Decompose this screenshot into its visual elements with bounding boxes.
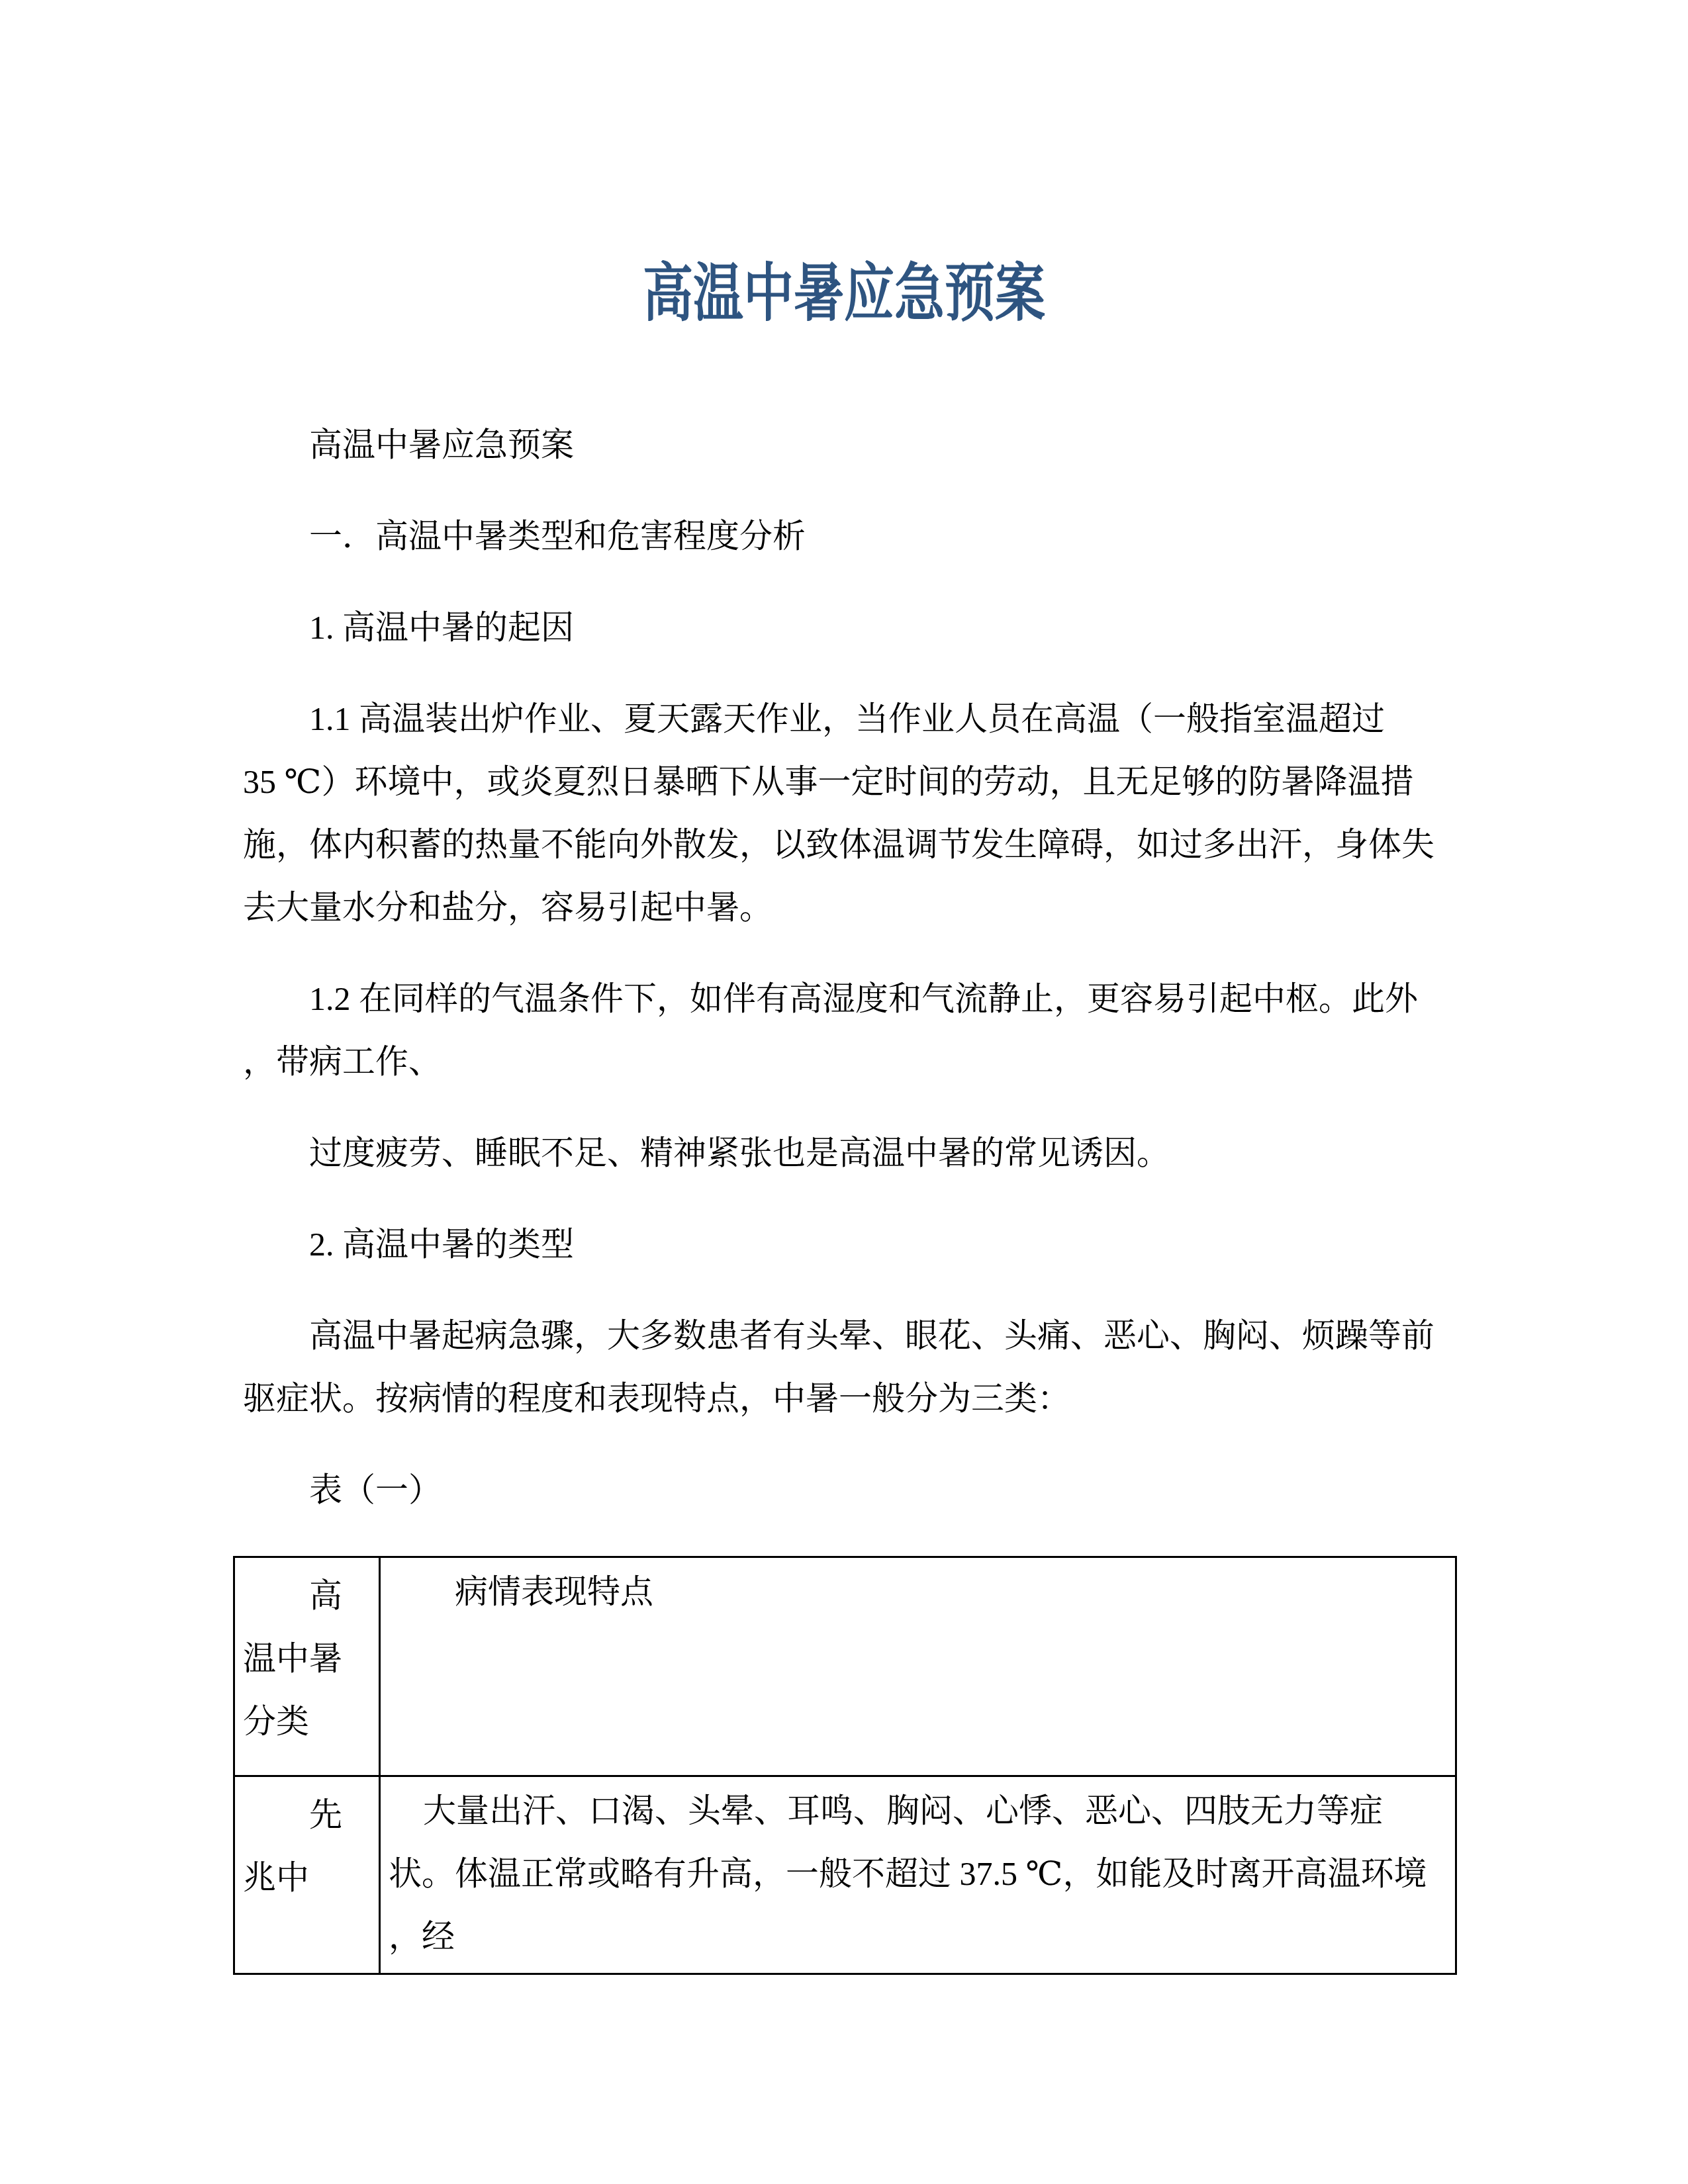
paragraph: 1.1 高温装出炉作业、夏天露天作业，当作业人员在高温（一般指室温超过 35 ℃… (243, 688, 1461, 939)
text-line: 驱症状。按病情的程度和表现特点，中暑一般分为三类： (243, 1367, 1461, 1430)
document-page: 高温中暑应急预案 高温中暑应急预案 一．高温中暑类型和危害程度分析 1. 高温中… (0, 0, 1688, 2184)
feature-header-cell: 病情表现特点 (380, 1557, 1456, 1776)
table-header-row: 高 温中暑 分类 病情表现特点 (234, 1557, 1456, 1776)
table-cell-line: 大量出汗、口渴、头晕、耳鸣、胸闷、心悸、恶心、四肢无力等症 (389, 1780, 1447, 1843)
text-line: 1.1 高温装出炉作业、夏天露天作业，当作业人员在高温（一般指室温超过 (243, 688, 1461, 751)
text-line: 1. 高温中暑的起因 (243, 596, 1461, 659)
text-line: 去大量水分和盐分，容易引起中暑。 (243, 876, 1461, 939)
paragraph: 过度疲劳、睡眠不足、精神紧张也是高温中暑的常见诱因。 (243, 1122, 1461, 1185)
text-line: 2. 高温中暑的类型 (243, 1213, 1461, 1276)
text-line: 高温中暑应急预案 (243, 414, 1461, 477)
text-line: 表（一） (243, 1459, 1461, 1522)
text-line: 1.2 在同样的气温条件下，如伴有高湿度和气流静止，更容易引起中枢。此外 (243, 968, 1461, 1030)
text-line: ，带病工作、 (243, 1030, 1461, 1093)
table-cell-line: 先 (243, 1784, 371, 1846)
text-line: 过度疲劳、睡眠不足、精神紧张也是高温中暑的常见诱因。 (243, 1122, 1461, 1185)
category-cell: 先 兆中 (234, 1776, 380, 1974)
body-text: 高温中暑应急预案 一．高温中暑类型和危害程度分析 1. 高温中暑的起因 1.1 … (243, 414, 1461, 1522)
text-line: 高温中暑起病急骤，大多数患者有头晕、眼花、头痛、恶心、胸闷、烦躁等前 (243, 1304, 1461, 1367)
document-title: 高温中暑应急预案 (0, 257, 1688, 331)
document-title-text: 高温中暑应急预案 (643, 257, 1045, 331)
feature-cell: 大量出汗、口渴、头晕、耳鸣、胸闷、心悸、恶心、四肢无力等症 状。体温正常或略有升… (380, 1776, 1456, 1974)
paragraph: 高温中暑起病急骤，大多数患者有头晕、眼花、头痛、恶心、胸闷、烦躁等前 驱症状。按… (243, 1304, 1461, 1430)
paragraph: 1.2 在同样的气温条件下，如伴有高湿度和气流静止，更容易引起中枢。此外 ，带病… (243, 968, 1461, 1093)
text-line: 施，体内积蓄的热量不能向外散发，以致体温调节发生障碍，如过多出汗，身体失 (243, 813, 1461, 876)
table-cell-line: 分类 (243, 1690, 371, 1753)
text-line: 一．高温中暑类型和危害程度分析 (243, 505, 1461, 568)
table-cell-line: 温中暑 (243, 1627, 371, 1690)
category-header-cell: 高 温中暑 分类 (234, 1557, 380, 1776)
text-line: 35 ℃）环境中，或炎夏烈日暴晒下从事一定时间的劳动，且无足够的防暑降温措 (243, 751, 1461, 813)
paragraph: 高温中暑应急预案 (243, 414, 1461, 477)
table-cell-line: 病情表现特点 (389, 1561, 1447, 1623)
heatstroke-classification-table: 高 温中暑 分类 病情表现特点 先 兆中 大量出汗、口渴、头晕、耳鸣、胸闷、心悸… (233, 1556, 1457, 1975)
paragraph: 一．高温中暑类型和危害程度分析 (243, 505, 1461, 568)
table-cell-line: 状。体温正常或略有升高，一般不超过 37.5 ℃，如能及时离开高温环境 (389, 1843, 1447, 1905)
table-cell-line: 高 (243, 1565, 371, 1627)
paragraph: 1. 高温中暑的起因 (243, 596, 1461, 659)
table-row: 先 兆中 大量出汗、口渴、头晕、耳鸣、胸闷、心悸、恶心、四肢无力等症 状。体温正… (234, 1776, 1456, 1974)
table-cell-line: 兆中 (243, 1846, 371, 1909)
table-cell-line: ，经 (389, 1905, 1447, 1968)
paragraph: 表（一） (243, 1459, 1461, 1522)
paragraph: 2. 高温中暑的类型 (243, 1213, 1461, 1276)
